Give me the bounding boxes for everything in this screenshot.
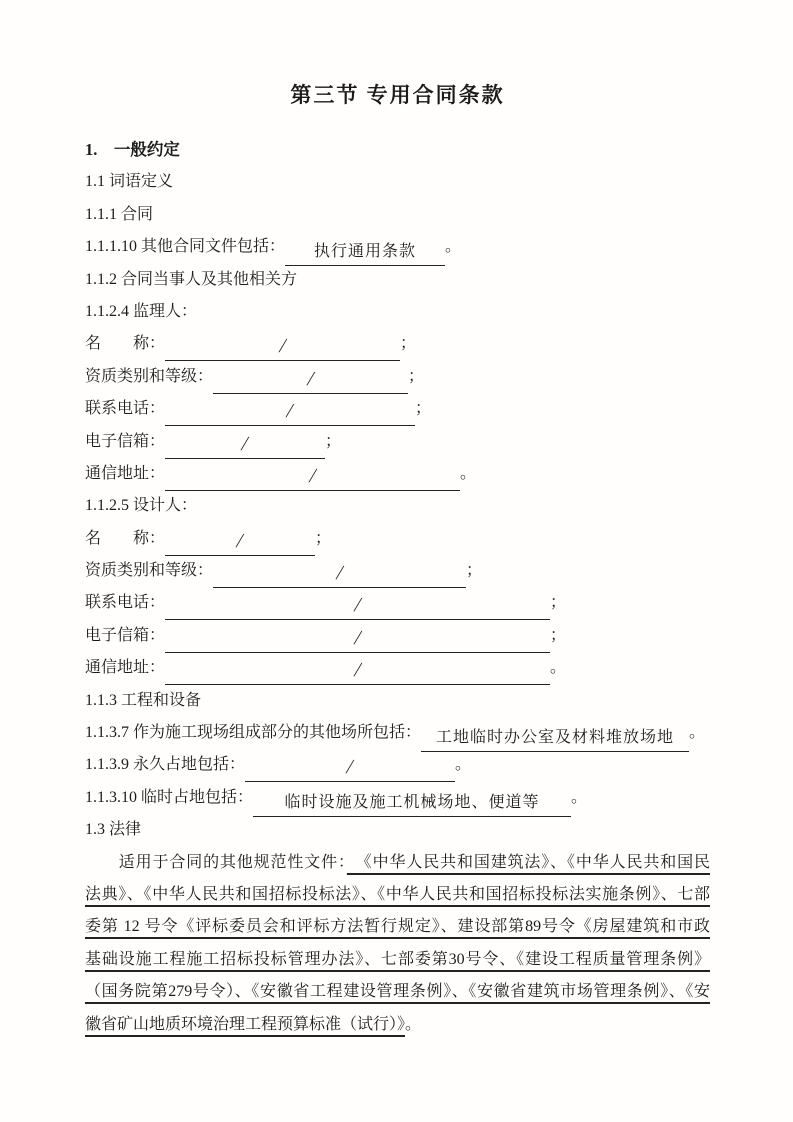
contract-page: 第三节 专用合同条款 1. 一般约定1.1 词语定义1.1.1 合同1.1.1.… — [0, 0, 793, 1122]
fill-tail: ； — [466, 562, 482, 579]
fill-label: 名 称： — [85, 335, 165, 352]
law-citation-text: 委第 12 号令《评标委员会和评标方法暂行规定》、建设部第89号令《房屋建筑和市… — [85, 918, 710, 935]
law-citation-text: 法典》、《中华人民共和国招标投标法》、《中华人民共和国招标投标法实施条例》、七部 — [85, 886, 710, 903]
law-citation-text: 《中华人民共和国建筑法》、《中华人民共和国民 — [347, 854, 710, 871]
clause-text: 1. 一般约定 — [85, 140, 180, 159]
fill-blank: 执行通用条款 — [285, 242, 445, 266]
fill-blank: / — [213, 564, 466, 588]
fill-in-line: 通信地址：/。 — [85, 652, 710, 684]
fill-tail: 。 — [460, 465, 476, 482]
slash-mark: / — [239, 432, 251, 456]
fill-value: 工地临时办公室及材料堆放场地 — [436, 729, 674, 746]
clause-line: 1.1.3 工程和设备 — [85, 685, 710, 717]
law-citation-text: 徽省矿山地质环境治理工程预算标准（试行）》 — [85, 1016, 405, 1033]
fill-tail: 。 — [445, 238, 461, 255]
slash-mark: / — [352, 626, 364, 650]
fill-blank: / — [165, 661, 550, 685]
fill-value: 临时设施及施工机械场地、便道等 — [285, 794, 540, 811]
fill-in-line: 1.1.3.10 临时占地包括：临时设施及施工机械场地、便道等。 — [85, 782, 710, 814]
fill-in-line: 电子信箱：/； — [85, 426, 710, 458]
slash-mark: / — [352, 658, 364, 682]
slash-mark: / — [284, 399, 296, 423]
slash-mark: / — [352, 593, 364, 617]
fill-label: 通信地址： — [85, 659, 165, 676]
fill-blank: / — [165, 402, 415, 426]
slash-mark: / — [307, 464, 319, 488]
fill-label: 1.1.3.9 永久占地包括： — [85, 756, 245, 773]
fill-tail: 。 — [455, 756, 471, 773]
clause-text: 1.1.1 合同 — [85, 206, 153, 223]
clause-line: 1.1.2 合同当事人及其他相关方 — [85, 264, 710, 296]
fill-label: 资质类别和等级： — [85, 562, 213, 579]
law-line: 基础设施工程施工招标投标管理办法》、七部委第30号令、《建设工程质量管理条例》 — [85, 944, 710, 976]
fill-tail: 。 — [550, 659, 566, 676]
fill-tail: 。 — [689, 724, 705, 741]
fill-in-line: 1.1.1.10 其他合同文件包括：执行通用条款。 — [85, 231, 710, 263]
page-title: 第三节 专用合同条款 — [85, 80, 710, 110]
fill-in-line: 1.1.3.9 永久占地包括：/。 — [85, 749, 710, 781]
fill-tail: ； — [408, 368, 424, 385]
fill-blank: / — [165, 596, 550, 620]
clause-text: 1.1.2.4 监理人： — [85, 303, 197, 320]
fill-in-line: 联系电话：/； — [85, 393, 710, 425]
fill-tail: 。 — [571, 789, 587, 806]
clause-line: 1.1.1 合同 — [85, 199, 710, 231]
clause-list: 1. 一般约定1.1 词语定义1.1.1 合同1.1.1.10 其他合同文件包括… — [85, 134, 710, 847]
fill-blank: / — [165, 629, 550, 653]
fill-label: 1.1.3.7 作为施工现场组成部分的其他场所包括： — [85, 724, 421, 741]
fill-in-line: 1.1.3.7 作为施工现场组成部分的其他场所包括：工地临时办公室及材料堆放场地… — [85, 717, 710, 749]
fill-blank: / — [165, 337, 400, 361]
clause-line: 1.3 法律 — [85, 814, 710, 846]
fill-label: 电子信箱： — [85, 433, 165, 450]
fill-blank: / — [245, 758, 455, 782]
slash-mark: / — [305, 367, 317, 391]
clause-text: 1.1.2 合同当事人及其他相关方 — [85, 271, 297, 288]
fill-blank: / — [165, 467, 460, 491]
clause-text: 1.3 法律 — [85, 821, 141, 838]
fill-in-line: 通信地址：/。 — [85, 458, 710, 490]
fill-tail: ； — [325, 433, 341, 450]
fill-blank: / — [213, 370, 408, 394]
fill-in-line: 名 称：/； — [85, 523, 710, 555]
fill-label: 1.1.3.10 临时占地包括： — [85, 789, 253, 806]
fill-tail: ； — [415, 400, 431, 417]
fill-value: 执行通用条款 — [314, 243, 416, 260]
fill-in-line: 电子信箱：/； — [85, 620, 710, 652]
slash-mark: / — [277, 334, 289, 358]
fill-blank: 工地临时办公室及材料堆放场地 — [421, 728, 689, 752]
clause-text: 1.1.3 工程和设备 — [85, 692, 201, 709]
fill-tail: ； — [315, 530, 331, 547]
clause-line: 1.1.2.5 设计人： — [85, 490, 710, 522]
fill-tail: ； — [550, 594, 566, 611]
fill-blank: 临时设施及施工机械场地、便道等 — [253, 793, 571, 817]
slash-mark: / — [234, 529, 246, 553]
fill-label: 1.1.1.10 其他合同文件包括： — [85, 238, 285, 255]
fill-in-line: 资质类别和等级：/； — [85, 361, 710, 393]
law-line: 适用于合同的其他规范性文件： 《中华人民共和国建筑法》、《中华人民共和国民 — [85, 847, 710, 879]
clause-text: 1.1 词语定义 — [85, 173, 173, 190]
fill-in-line: 名 称：/； — [85, 328, 710, 360]
law-citation-text: 基础设施工程施工招标投标管理办法》、七部委第30号令、《建设工程质量管理条例》 — [85, 951, 710, 968]
fill-tail: ； — [550, 627, 566, 644]
law-line: （国务院第279号令）、《安徽省工程建设管理条例》、《安徽省建筑市场管理条例》、… — [85, 976, 710, 1008]
fill-label: 联系电话： — [85, 594, 165, 611]
fill-in-line: 资质类别和等级：/； — [85, 555, 710, 587]
fill-label: 联系电话： — [85, 400, 165, 417]
fill-blank: / — [165, 435, 325, 459]
slash-mark: / — [344, 755, 356, 779]
fill-label: 名 称： — [85, 530, 165, 547]
law-line: 徽省矿山地质环境治理工程预算标准（试行）》。 — [85, 1009, 710, 1041]
law-paragraph: 适用于合同的其他规范性文件： 《中华人民共和国建筑法》、《中华人民共和国民法典》… — [85, 847, 710, 1041]
fill-label: 电子信箱： — [85, 627, 165, 644]
law-tail: 。 — [405, 1016, 421, 1033]
law-line: 委第 12 号令《评标委员会和评标方法暂行规定》、建设部第89号令《房屋建筑和市… — [85, 911, 710, 943]
fill-label: 资质类别和等级： — [85, 368, 213, 385]
law-citation-text: （国务院第279号令）、《安徽省工程建设管理条例》、《安徽省建筑市场管理条例》、… — [85, 983, 710, 1000]
fill-in-line: 联系电话：/； — [85, 587, 710, 619]
clause-text: 1.1.2.5 设计人： — [85, 497, 197, 514]
slash-mark: / — [334, 561, 346, 585]
law-lead-text: 适用于合同的其他规范性文件： — [85, 854, 347, 871]
fill-blank: / — [165, 532, 315, 556]
clause-line: 1. 一般约定 — [85, 134, 710, 166]
law-line: 法典》、《中华人民共和国招标投标法》、《中华人民共和国招标投标法实施条例》、七部 — [85, 879, 710, 911]
fill-tail: ； — [400, 335, 416, 352]
fill-label: 通信地址： — [85, 465, 165, 482]
clause-line: 1.1.2.4 监理人： — [85, 296, 710, 328]
clause-line: 1.1 词语定义 — [85, 166, 710, 198]
